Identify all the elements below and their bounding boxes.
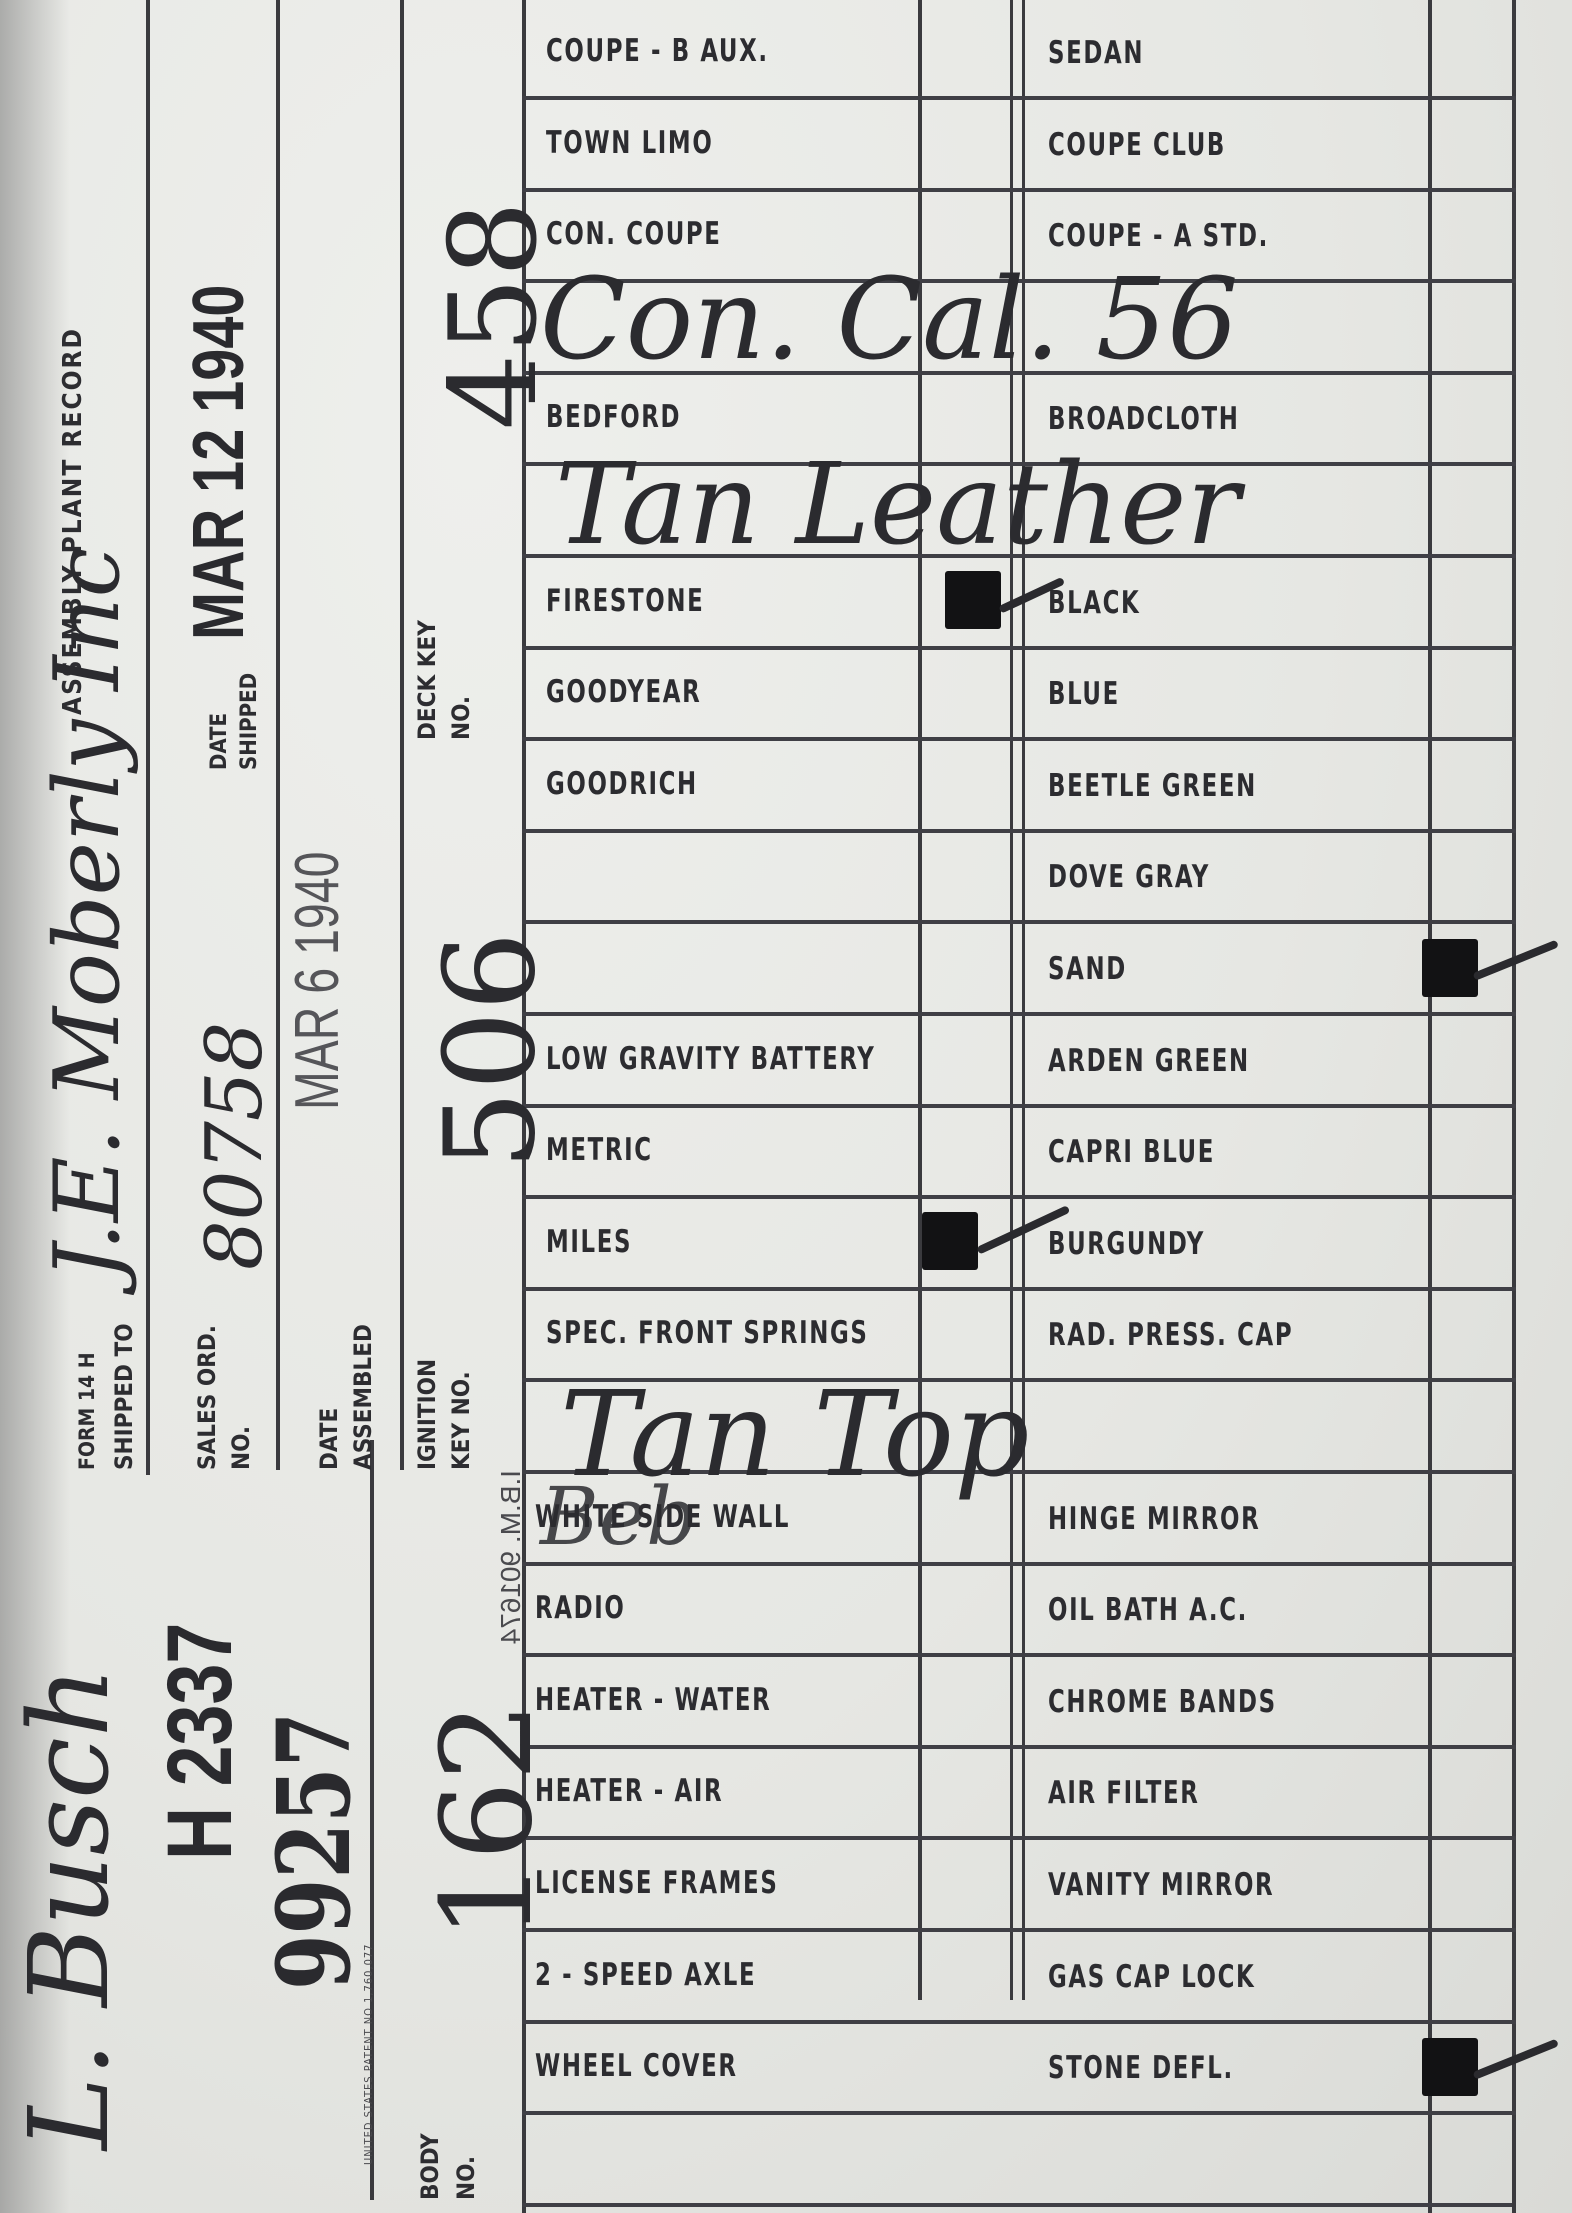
serial-stamp: 99257 [255, 1712, 373, 1990]
option-left: HEATER - AIR [535, 1773, 723, 1809]
row-rule [522, 1012, 1516, 1016]
row-rule [522, 1745, 1516, 1749]
row-rule [522, 646, 1516, 650]
row-rule [522, 737, 1516, 741]
signature: L. Busch [5, 1666, 133, 2150]
option-left: COUPE - B AUX. [546, 33, 769, 69]
option-right: BEETLE GREEN [1048, 768, 1257, 804]
check-mark-left [945, 571, 1001, 629]
deck-key-label: DECK KEY NO. [410, 610, 478, 740]
top-extra-entry: Beb [540, 1470, 697, 1563]
option-right: COUPE CLUB [1048, 127, 1226, 163]
option-left: FIRESTONE [546, 583, 704, 619]
row-rule [522, 1104, 1516, 1108]
option-right: CHROME BANDS [1048, 1684, 1277, 1720]
body-no-label: BODY NO. [412, 2090, 484, 2200]
row-rule [522, 96, 1516, 100]
option-left: MILES [546, 1224, 632, 1260]
date-assembled-value: MAR 6 1940 [282, 852, 353, 1110]
option-left: BEDFORD [546, 399, 681, 435]
option-left: 2 - SPEED AXLE [535, 1957, 756, 1993]
option-right: BROADCLOTH [1048, 401, 1240, 437]
option-left: WHEEL COVER [535, 2048, 738, 2084]
form-number: FORM 14 H [75, 1352, 99, 1470]
row-rule [522, 188, 1516, 192]
date-shipped-value: MAR 12 1940 [178, 285, 260, 640]
option-right: STONE DEFL. [1048, 2050, 1234, 2086]
option-right: SAND [1048, 951, 1127, 987]
row-rule [522, 1195, 1516, 1199]
paint-entry: Con. Cal. 56 [540, 255, 1238, 385]
date-assembled-label: DATE ASSEMBLED [312, 1280, 380, 1470]
option-left: GOODYEAR [546, 674, 701, 710]
row-rule [522, 2020, 1516, 2024]
car-number: H 2337 [148, 1623, 253, 1860]
check-mark-right [1422, 2038, 1478, 2096]
option-right: OIL BATH A.C. [1048, 1592, 1248, 1628]
option-right: ARDEN GREEN [1048, 1043, 1250, 1079]
option-right: COUPE - A STD. [1048, 218, 1269, 254]
option-left: HEATER - WATER [535, 1682, 771, 1718]
option-right: BLUE [1048, 676, 1120, 712]
trim-entry: Tan Leather [555, 440, 1240, 570]
sales-ord-label: SALES ORD. NO. [190, 1300, 258, 1470]
row-rule [522, 2203, 1512, 2207]
sales-ord-value: 80758 [190, 1022, 280, 1270]
option-left: CON. COUPE [546, 216, 722, 252]
option-right: DOVE GRAY [1048, 859, 1210, 895]
row-rule [522, 920, 1516, 924]
option-left: RADIO [535, 1590, 625, 1626]
option-right: BURGUNDY [1048, 1226, 1205, 1262]
option-left: GOODRICH [546, 766, 698, 802]
option-left: LICENSE FRAMES [535, 1865, 778, 1901]
date-shipped-label: DATE SHIPPED [205, 650, 265, 770]
option-left: LOW GRAVITY BATTERY [546, 1041, 875, 1077]
row-rule [522, 1928, 1516, 1932]
option-left: SPEC. FRONT SPRINGS [546, 1315, 869, 1351]
option-right: RAD. PRESS. CAP [1048, 1317, 1293, 1353]
check-mark-left [922, 1212, 978, 1270]
strip-divider-3 [400, 0, 404, 1470]
option-right: CAPRI BLUE [1048, 1134, 1215, 1170]
assembly-plant-record-card: COUPE - B AUX.SEDANTOWN LIMOCOUPE CLUBCO… [0, 0, 1572, 2213]
option-right: AIR FILTER [1048, 1775, 1200, 1811]
strip-divider-1 [146, 0, 150, 1475]
row-rule [522, 1653, 1516, 1657]
ignition-key-label: IGNITION KEY NO. [410, 1320, 478, 1470]
option-left: TOWN LIMO [546, 125, 713, 161]
option-right: GAS CAP LOCK [1048, 1959, 1255, 1995]
shipped-to-label: SHIPPED TO [110, 1323, 138, 1470]
ignition-key-value: 506 [418, 931, 563, 1170]
body-no-value: 162 [415, 1701, 560, 1940]
option-right: HINGE MIRROR [1048, 1501, 1260, 1537]
row-rule [522, 2111, 1516, 2115]
shipped-to-value: J.E. Moberly Inc [35, 547, 140, 1280]
row-rule [522, 829, 1516, 833]
option-right: SEDAN [1048, 35, 1144, 71]
row-rule [522, 1287, 1516, 1291]
check-mark-right [1422, 939, 1478, 997]
ibm-number: I.B.M. 901674 [495, 1470, 527, 1644]
option-right: VANITY MIRROR [1048, 1867, 1274, 1903]
option-right: BLACK [1048, 585, 1140, 621]
patent-text: UNITED STATES PATENT NO 1,760,077 [362, 1944, 375, 2165]
row-rule [522, 1836, 1516, 1840]
